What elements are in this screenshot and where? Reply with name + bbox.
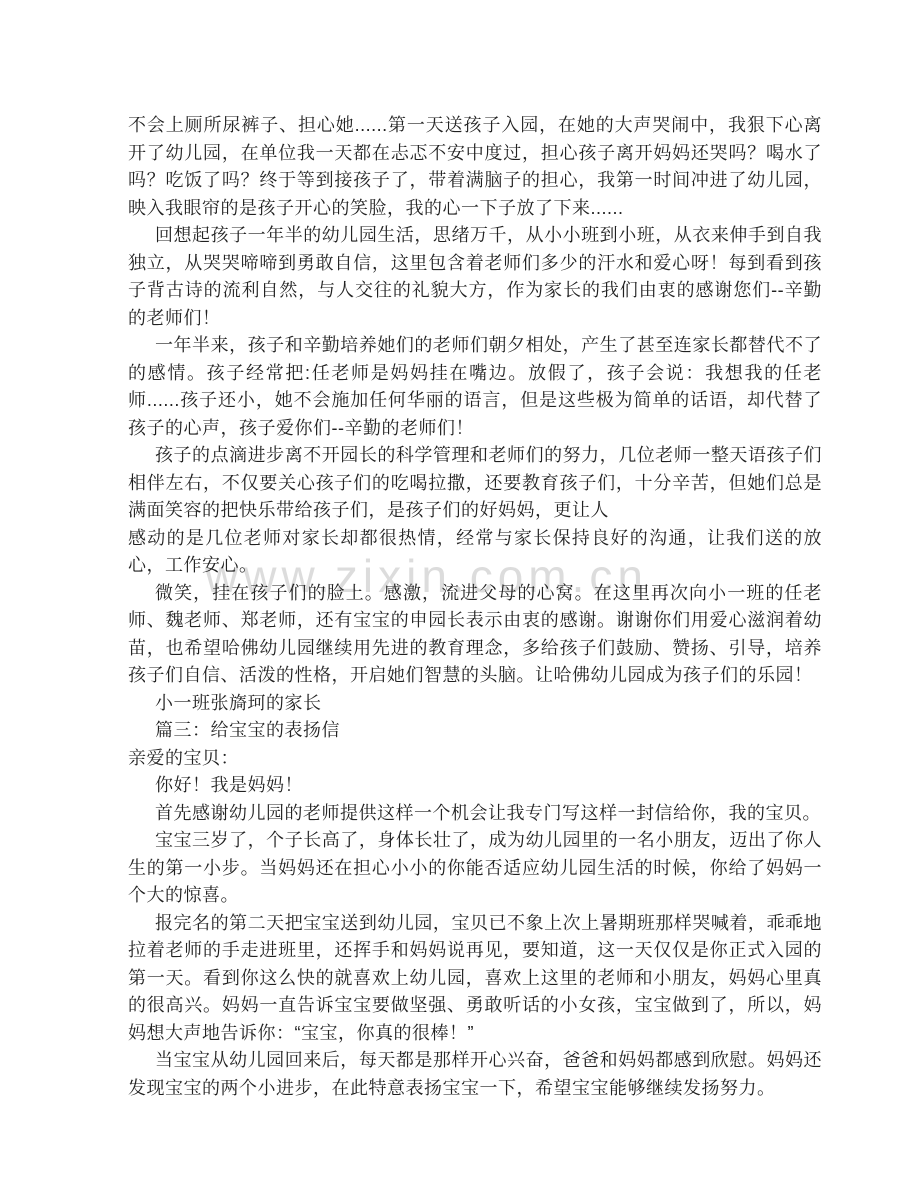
paragraph: 宝宝三岁了，个子长高了，身体长壮了，成为幼儿园里的一名小朋友，迈出了你人生的第一…: [128, 827, 822, 910]
paragraph: 报完名的第二天把宝宝送到幼儿园，宝贝已不象上次上暑期班那样哭喊着，乖乖地拉着老师…: [128, 910, 822, 1048]
document-body-text: 不会上厕所尿裤子、担心她......第一天送孩子入园，在她的大声哭闹中，我狠下心…: [128, 112, 822, 1102]
paragraph: 当宝宝从幼儿园回来后，每天都是那样开心兴奋，爸爸和妈妈都感到欣慰。妈妈还发现宝宝…: [128, 1047, 822, 1102]
paragraph: 微笑，挂在孩子们的脸上。感激，流进父母的心窝。在这里再次向小一班的任老师、魏老师…: [128, 580, 822, 690]
paragraph: 不会上厕所尿裤子、担心她......第一天送孩子入园，在她的大声哭闹中，我狠下心…: [128, 112, 822, 222]
paragraph: 亲爱的宝贝：: [128, 745, 822, 773]
paragraph: 孩子的点滴进步离不开园长的科学管理和老师们的努力，几位老师一整天语孩子们相伴左右…: [128, 442, 822, 525]
paragraph: 首先感谢幼儿园的老师提供这样一个机会让我专门写这样一封信给你，我的宝贝。: [128, 800, 822, 828]
paragraph: 回想起孩子一年半的幼儿园生活，思绪万千，从小小班到小班，从衣来伸手到自我独立，从…: [128, 222, 822, 332]
document-page: www.zixin.com.cn 不会上厕所尿裤子、担心她......第一天送孩…: [0, 0, 920, 1191]
paragraph: 篇三：给宝宝的表扬信: [128, 717, 822, 745]
paragraph: 感动的是几位老师对家长却都很热情，经常与家长保持良好的沟通，让我们送的放心，工作…: [128, 525, 822, 580]
paragraph: 小一班张旖珂的家长: [128, 690, 822, 718]
paragraph: 你好！我是妈妈！: [128, 772, 822, 800]
paragraph: 一年半来，孩子和辛勤培养她们的老师们朝夕相处，产生了甚至连家长都替代不了的感情。…: [128, 332, 822, 442]
